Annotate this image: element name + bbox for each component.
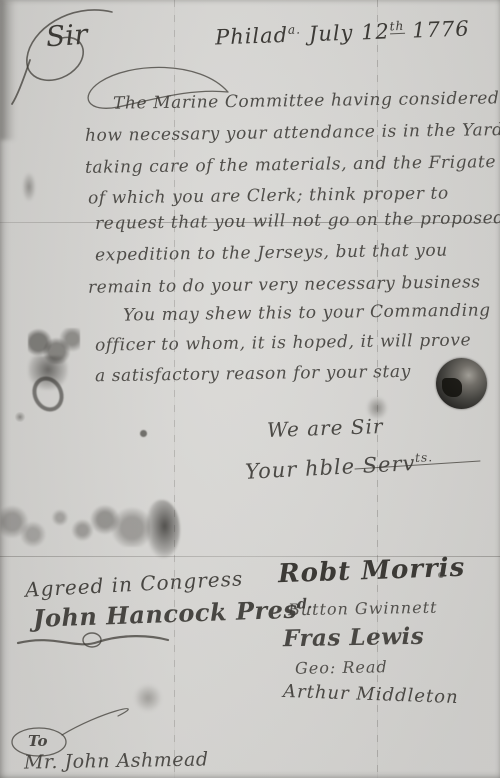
vertical-fold-crease-left (174, 0, 175, 778)
closing-line-2-sup: ts. (415, 450, 434, 465)
to-flourish (62, 709, 128, 735)
faint-smudge-bottom (134, 684, 162, 712)
ring-blot (27, 371, 69, 416)
wax-seal-blot (436, 358, 487, 409)
dateline-month-day: July 12 (308, 19, 390, 46)
signature-geo-read: Geo: Read (295, 659, 388, 677)
letter-page: Sir Philada. July 12th 1776 The Marine C… (0, 0, 500, 778)
address-to: To (28, 734, 47, 749)
endorsement-line-1: Agreed in Congress (25, 568, 244, 599)
signature-arthur-middleton: Arthur Middleton (283, 683, 459, 707)
body-line-1: The Marine Committee having considered (113, 90, 500, 112)
small-speck (14, 412, 26, 422)
body-line-6: expedition to the Jerseys, but that you (95, 243, 448, 265)
hancock-paraph (18, 636, 168, 644)
body-line-10: a satisfactory reason for your stay (95, 364, 411, 385)
body-line-7: remain to do your very necessary busines… (88, 274, 481, 296)
dateline-place: Philad (215, 23, 289, 50)
gray-smudge (22, 172, 36, 202)
dateline-place-sup: a. (288, 22, 302, 36)
signature-fras-lewis: Fras Lewis (283, 625, 425, 650)
body-line-9: officer to whom, it is hoped, it will pr… (95, 332, 471, 354)
closing-line-2: Your hble Servts. (245, 451, 434, 483)
signature-button-gwinnett: Button Gwinnett (288, 600, 438, 619)
edge-smudge-top-left (0, 0, 16, 140)
body-line-4: of which you are Clerk; think proper to (88, 185, 449, 207)
signature-robt-morris: Robt Morris (278, 555, 466, 588)
hancock-signature: John Hancock Presd. (33, 597, 314, 631)
speckle-stain-band (0, 505, 150, 547)
seal-dark-patch (442, 378, 462, 397)
body-line-8: You may shew this to your Commanding (123, 302, 491, 324)
hancock-signature-main: John Hancock Pres (33, 595, 298, 633)
dark-stain-blob (146, 500, 180, 558)
pen-flourishes (0, 0, 500, 778)
salutation: Sir (45, 21, 88, 52)
dateline-year: 1776 (412, 17, 470, 43)
dateline-day-sup: th (389, 19, 404, 35)
dateline: Philada. July 12th 1776 (215, 18, 470, 49)
body-line-3: taking care of the materials, and the Fr… (85, 154, 496, 177)
salutation-tail (12, 60, 30, 104)
ink-dot (140, 430, 147, 437)
address-name: Mr. John Ashmead (24, 750, 209, 772)
closing-line-1: We are Sir (267, 416, 384, 440)
ink-blot (28, 356, 68, 390)
body-line-2: how necessary your attendance is in the … (85, 122, 500, 145)
closing-line-2-main: Your hble Serv (245, 451, 416, 484)
body-line-5: request that you will not go on the prop… (95, 210, 500, 233)
hancock-paraph-loop (83, 633, 101, 647)
ink-spatter-cluster (28, 328, 80, 364)
